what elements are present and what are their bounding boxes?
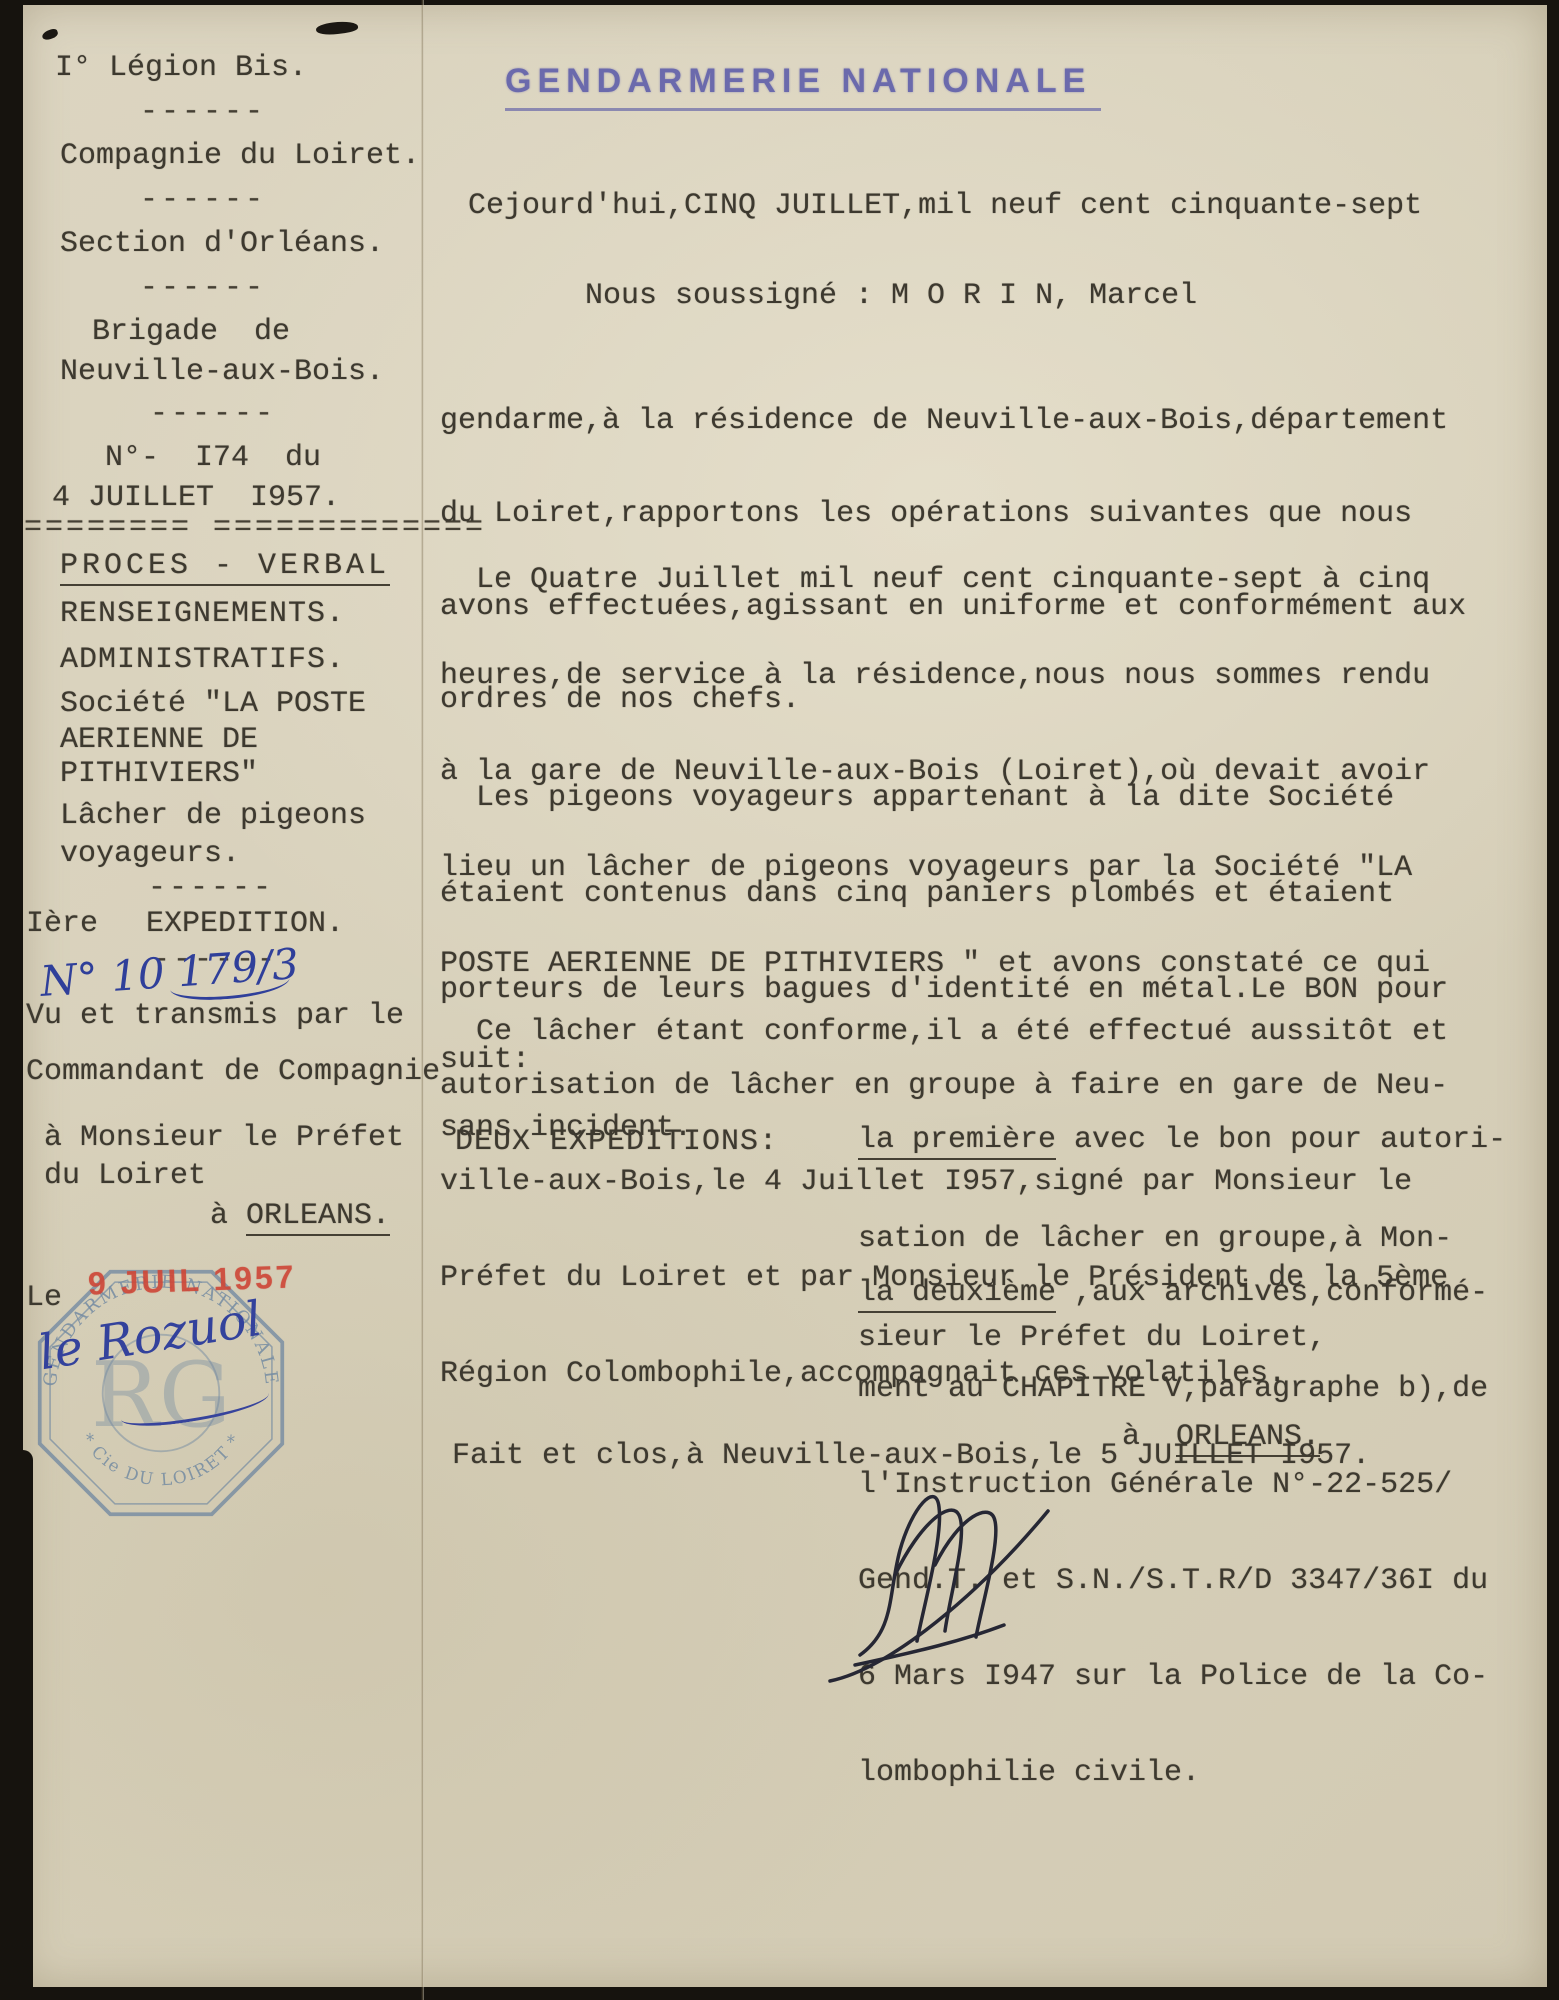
morin-signature: [800, 1455, 1080, 1695]
date-stamp: 9 JUIL 1957: [87, 1258, 297, 1302]
separator: ------: [140, 184, 266, 216]
city-name: ORLEANS.: [246, 1199, 390, 1236]
separator: ------: [150, 398, 276, 430]
body-line: gendarme,à la résidence de Neuville-aux-…: [440, 406, 1466, 437]
unit-line: I° Légion Bis.: [55, 52, 307, 84]
city-prefix: à: [210, 1199, 246, 1233]
body-line: Ce lâcher étant conforme,il a été effect…: [440, 1016, 1448, 1048]
expedition-1-lead: la première: [858, 1123, 1056, 1160]
expedition-word: EXPEDITION.: [146, 907, 344, 941]
body-line: la première avec le bon pour autori-: [858, 1124, 1506, 1157]
body-line: Les pigeons voyageurs appartenant à la d…: [440, 782, 1448, 814]
expedition-line: IèreEXPEDITION.: [26, 908, 344, 940]
subject-line: Société "LA POSTE: [60, 688, 366, 720]
reference-date: 4 JUILLET I957.: [52, 482, 340, 514]
scan-edge-bottom: [0, 1987, 1559, 2000]
expeditions-label: DEUX EXPEDITIONS:: [455, 1126, 778, 1158]
transmission-line: Commandant de Compagnie: [26, 1056, 440, 1088]
body-line: étaient contenus dans cinq paniers plomb…: [440, 878, 1448, 910]
separator: ------: [140, 272, 266, 304]
double-rule: ======== =============: [24, 512, 486, 544]
separator: ------: [140, 96, 266, 128]
scan-edge-top: [0, 0, 1559, 5]
reference-number: N°- I74 du: [105, 442, 321, 474]
unit-line: Brigade de: [92, 316, 290, 348]
transmission-line: à Monsieur le Préfet: [44, 1122, 404, 1154]
subject-line: RENSEIGNEMENTS.: [60, 598, 345, 630]
expedition-ordinal: Ière: [26, 907, 98, 941]
subject-line: voyageurs.: [60, 838, 240, 870]
soussigne-line: Nous soussigné : M O R I N, Marcel: [585, 280, 1197, 312]
gendarmerie-header-stamp: GENDARMERIE NATIONALE: [505, 62, 1101, 111]
paper-fold-line: [421, 0, 424, 2000]
body-line: heures,de service à la résidence,nous no…: [440, 660, 1430, 692]
scan-edge-right: [1547, 0, 1559, 2000]
transmission-line: Vu et transmis par le: [26, 1000, 404, 1032]
subject-line: AERIENNE DE: [60, 724, 258, 756]
expedition-1-rest: avec le bon pour autori-: [1056, 1123, 1506, 1157]
unit-line: Section d'Orléans.: [60, 228, 384, 260]
subject-line: ADMINISTRATIFS.: [60, 644, 345, 676]
expedition-2-rest: ,aux archives,conformé-: [1056, 1276, 1488, 1310]
body-line: Le Quatre Juillet mil neuf cent cinquant…: [440, 564, 1430, 596]
body-line: lombophilie civile.: [858, 1757, 1488, 1789]
scanned-document: I° Légion Bis. ------ Compagnie du Loire…: [0, 0, 1559, 2000]
separator: ------: [148, 872, 274, 904]
body-line: la deuxième ,aux archives,conformé-: [858, 1277, 1488, 1309]
subject-line: Lâcher de pigeons: [60, 800, 366, 832]
transmission-city-line: à ORLEANS.: [210, 1200, 390, 1232]
unit-line: Neuville-aux-Bois.: [60, 356, 384, 388]
body-line: ment au CHAPITRE V,paragraphe b),de: [858, 1373, 1488, 1405]
subject-line: PITHIVIERS": [60, 758, 258, 790]
pv-title: PROCES - VERBAL: [60, 550, 390, 582]
expedition-2-lead: la deuxième: [858, 1276, 1056, 1313]
pv-title-text: PROCES - VERBAL: [60, 549, 390, 586]
date-line: Cejourd'hui,CINQ JUILLET,mil neuf cent c…: [468, 190, 1422, 222]
transmission-line: du Loiret: [44, 1160, 206, 1192]
unit-line: Compagnie du Loiret.: [60, 140, 420, 172]
